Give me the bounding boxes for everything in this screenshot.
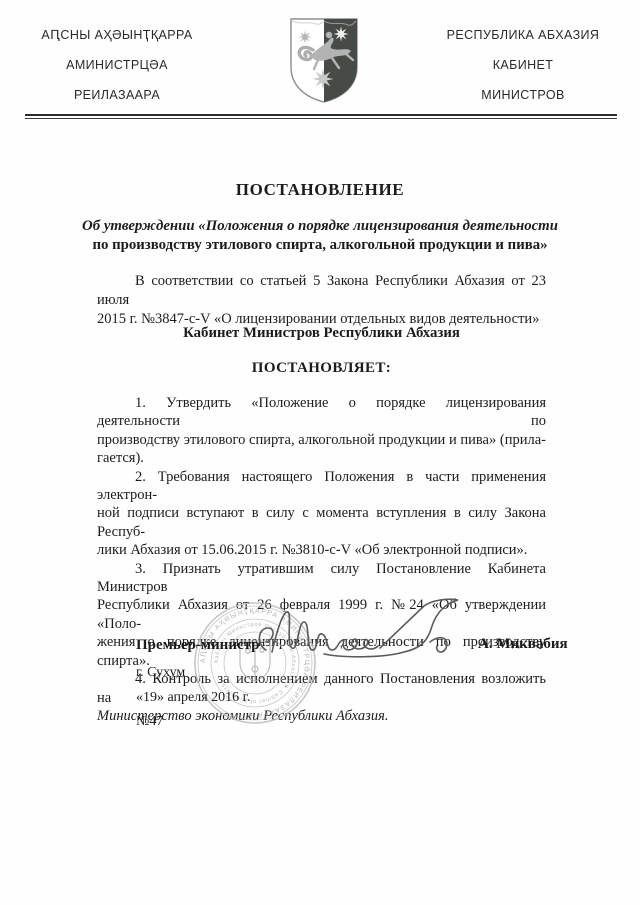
text-line: Министерство экономики Республики Абхази… [97,707,546,725]
letterhead-russian-line1: РЕСПУБЛИКА АБХАЗИЯ [408,20,638,50]
enactment-word: ПОСТАНОВЛЯЕТ: [97,360,546,377]
letterhead-russian-line3: МИНИСТРОВ [408,80,638,110]
decree-item: 2. Требования настоящего Положения в час… [97,468,546,560]
decree-document-page: АԤСНЫ АҲӘЫНҬҚАРРА АМИНИСТРЦӘА РЕИЛАЗААРА… [0,0,640,905]
decree-item: 1. Утвердить «Положение о порядке лиценз… [97,394,546,468]
subject-line1: Об утверждении «Положения о порядке лице… [60,217,580,236]
text-line: лики Абхазия от 15.06.2015 г. №3810-с-V … [97,541,546,559]
text-line: 3. Признать утратившим силу Постановлени… [97,560,546,597]
issue-city: г. Сухум [136,665,185,681]
star-bottom [313,69,334,90]
letterhead-russian: РЕСПУБЛИКА АБХАЗИЯ КАБИНЕТ МИНИСТРОВ [408,20,638,110]
text-line: 2. Требования настоящего Положения в час… [97,468,546,505]
text-line: ной подписи вступают в силу с момента вс… [97,504,546,541]
premier-signature [252,592,482,672]
issuing-authority: Кабинет Министров Республики Абхазия [97,325,546,342]
preamble-paragraph: В соответствии со статьей 5 Закона Респу… [97,272,546,328]
star-right [334,27,349,42]
letterhead-abkhaz-line1: АԤСНЫ АҲӘЫНҬҚАРРА [2,20,232,50]
text-line: производству этилового спирта, алкогольн… [97,431,546,449]
letterhead-russian-line2: КАБИНЕТ [408,50,638,80]
letterhead-abkhaz: АԤСНЫ АҲӘЫНҬҚАРРА АМИНИСТРЦӘА РЕИЛАЗААРА [2,20,232,110]
document-title: ПОСТАНОВЛЕНИЕ [0,180,640,200]
document-subject: Об утверждении «Положения о порядке лице… [60,217,580,254]
letterhead-abkhaz-line3: РЕИЛАЗААРА [2,80,232,110]
text-line: гается). [97,449,546,467]
abkhazia-coat-of-arms-icon [288,15,360,107]
decree-number: №47 [136,714,163,730]
signatory-name: А. Миквабия [478,636,568,653]
text-line: В соответствии со статьей 5 Закона Респу… [97,272,546,310]
letterhead-divider-rule [25,114,617,119]
signatory-position: Премьер-министр [136,637,260,654]
letterhead-abkhaz-line2: АМИНИСТРЦӘА [2,50,232,80]
issue-date: «19» апреля 2016 г. [136,690,250,706]
star-left [299,31,312,44]
text-line: 1. Утвердить «Положение о порядке лиценз… [97,394,546,431]
subject-line2: по производству этилового спирта, алкого… [60,236,580,255]
